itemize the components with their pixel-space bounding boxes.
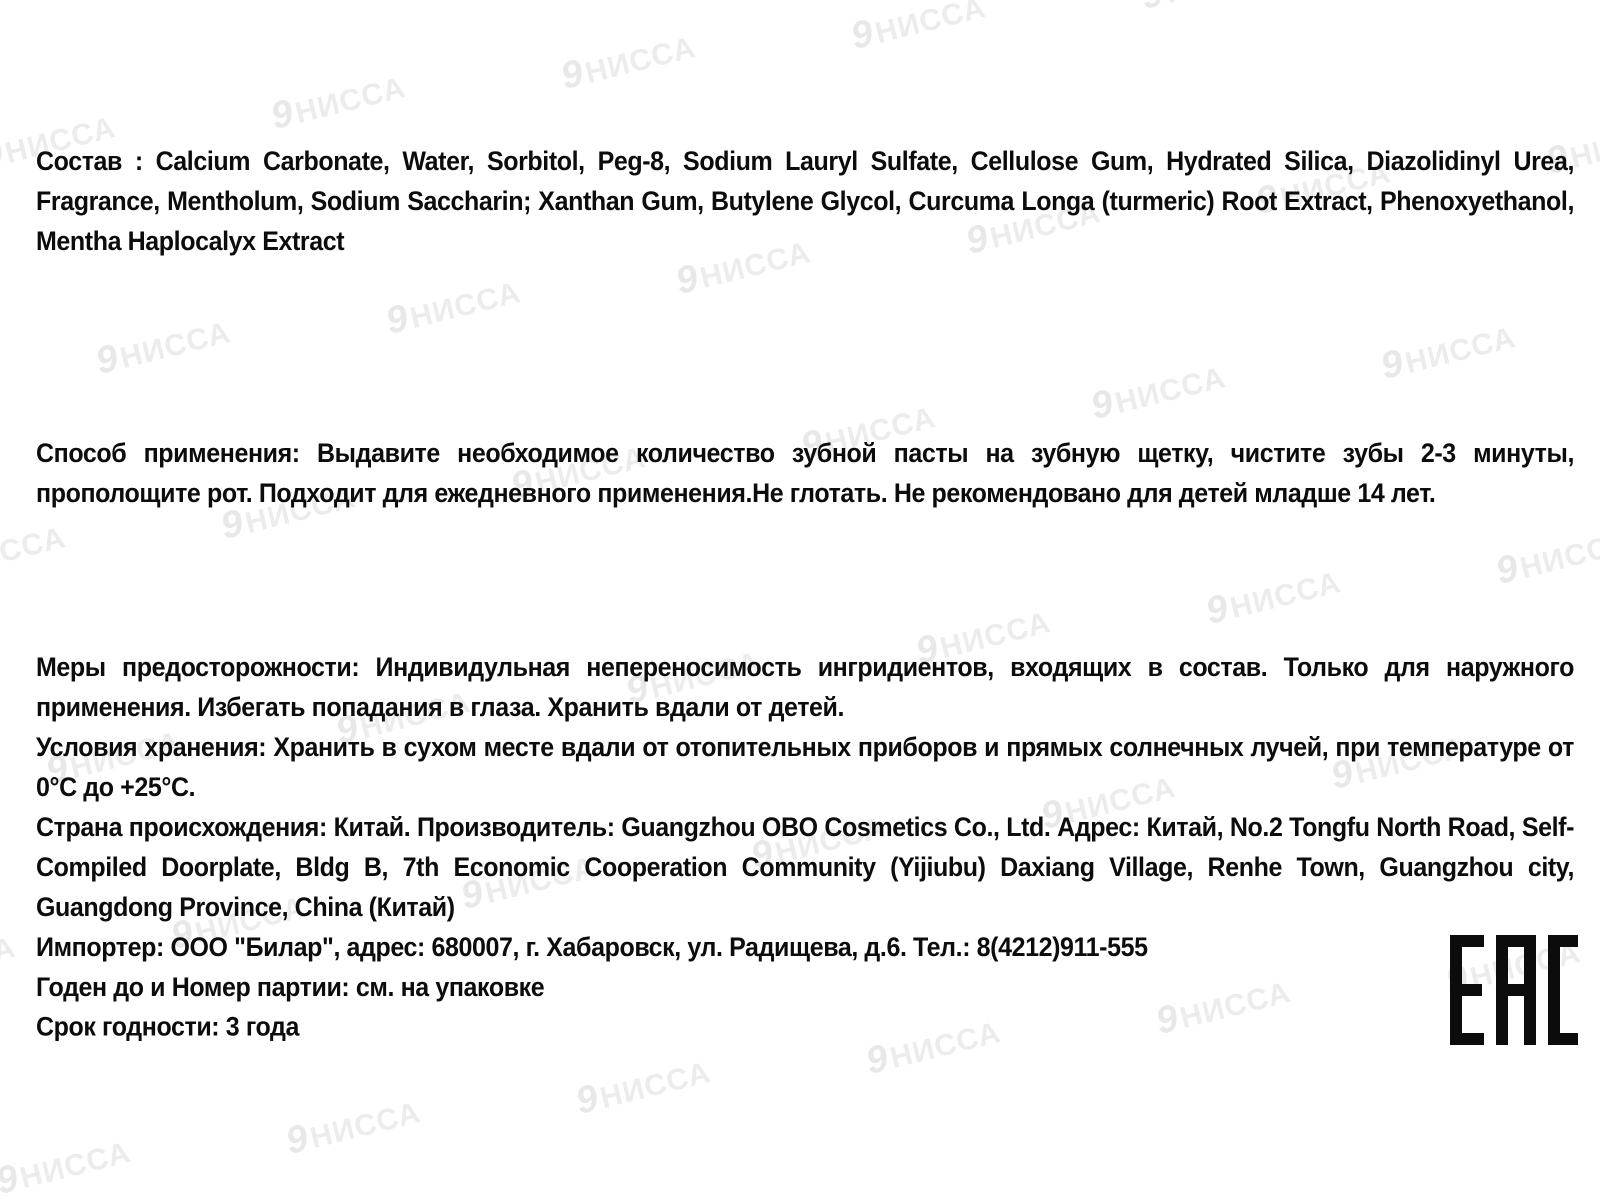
watermark-text: НИССА <box>1162 0 1279 10</box>
watermark-text: НИССА <box>1227 566 1344 625</box>
watermark-text: НИССА <box>1112 361 1229 420</box>
watermark-icon: 9 <box>672 257 704 304</box>
watermark-logo: 9НИССА <box>0 924 20 999</box>
watermark-icon: 9 <box>557 52 589 99</box>
watermark-text: НИССА <box>292 71 409 130</box>
watermark-logo: 9НИССА <box>1137 0 1280 19</box>
usage-text: Способ применения: Выдавите необходимое … <box>36 434 1574 514</box>
watermark-text: НИССА <box>1517 526 1600 585</box>
info-section: Меры предосторожности: Индивидульная неп… <box>36 648 1574 1048</box>
watermark-text: НИССА <box>407 276 524 335</box>
watermark-icon: 9 <box>1137 0 1169 19</box>
watermark-icon: 9 <box>1202 587 1234 634</box>
watermark-icon: 9 <box>92 337 124 384</box>
composition-section: Состав : Calcium Carbonate, Water, Sorbi… <box>36 142 1574 262</box>
watermark-icon: 9 <box>1492 547 1524 594</box>
watermark-text: НИССА <box>117 316 234 375</box>
watermark-logo: 9НИССА <box>572 1049 715 1124</box>
watermark-logo: 9НИССА <box>382 269 525 344</box>
watermark-text: НИССА <box>1402 321 1519 380</box>
usage-section: Способ применения: Выдавите необходимое … <box>36 434 1574 514</box>
watermark-logo: 9НИССА <box>1377 314 1520 389</box>
watermark-text: НИССА <box>0 931 19 990</box>
watermark-logo: 9НИССА <box>1202 559 1345 634</box>
storage-text: Условия хранения: Хранить в сухом месте … <box>36 728 1574 808</box>
watermark-icon: 9 <box>0 1157 24 1200</box>
watermark-logo: 9НИССА <box>557 24 700 99</box>
watermark-text: НИССА <box>0 521 69 580</box>
watermark-icon: 9 <box>1377 342 1409 389</box>
eac-certification-icon <box>1450 935 1578 1045</box>
batch-text: Годен до и Номер партии: см. на упаковке <box>36 968 1574 1008</box>
watermark-text: НИССА <box>597 1056 714 1115</box>
watermark-text: НИССА <box>582 31 699 90</box>
watermark-text: НИССА <box>307 1096 424 1155</box>
watermark-icon: 9 <box>0 132 9 179</box>
watermark-icon: 9 <box>382 297 414 344</box>
watermark-logo: 9НИССА <box>1492 519 1600 594</box>
watermark-icon: 9 <box>282 1117 314 1164</box>
watermark-logo: 9НИССА <box>0 1129 135 1200</box>
watermark-icon: 9 <box>572 1077 604 1124</box>
watermark-icon: 9 <box>847 12 879 59</box>
watermark-logo: 9НИССА <box>0 514 70 589</box>
watermark-icon: 9 <box>267 92 299 139</box>
composition-text: Состав : Calcium Carbonate, Water, Sorbi… <box>36 142 1574 262</box>
precautions-text: Меры предосторожности: Индивидульная неп… <box>36 648 1574 728</box>
watermark-logo: 9НИССА <box>282 1089 425 1164</box>
watermark-logo: 9НИССА <box>1087 354 1230 429</box>
shelf-life-text: Срок годности: 3 года <box>36 1008 1574 1048</box>
origin-text: Страна происхождения: Китай. Производите… <box>36 808 1574 928</box>
watermark-logo: 9НИССА <box>92 309 235 384</box>
watermark-icon: 9 <box>1087 382 1119 429</box>
importer-text: Импортер: ООО "Билар", адрес: 680007, г.… <box>36 928 1574 968</box>
watermark-logo: 9НИССА <box>847 0 990 59</box>
watermark-text: НИССА <box>17 1136 134 1195</box>
watermark-text: НИССА <box>872 0 989 50</box>
watermark-logo: 9НИССА <box>267 64 410 139</box>
